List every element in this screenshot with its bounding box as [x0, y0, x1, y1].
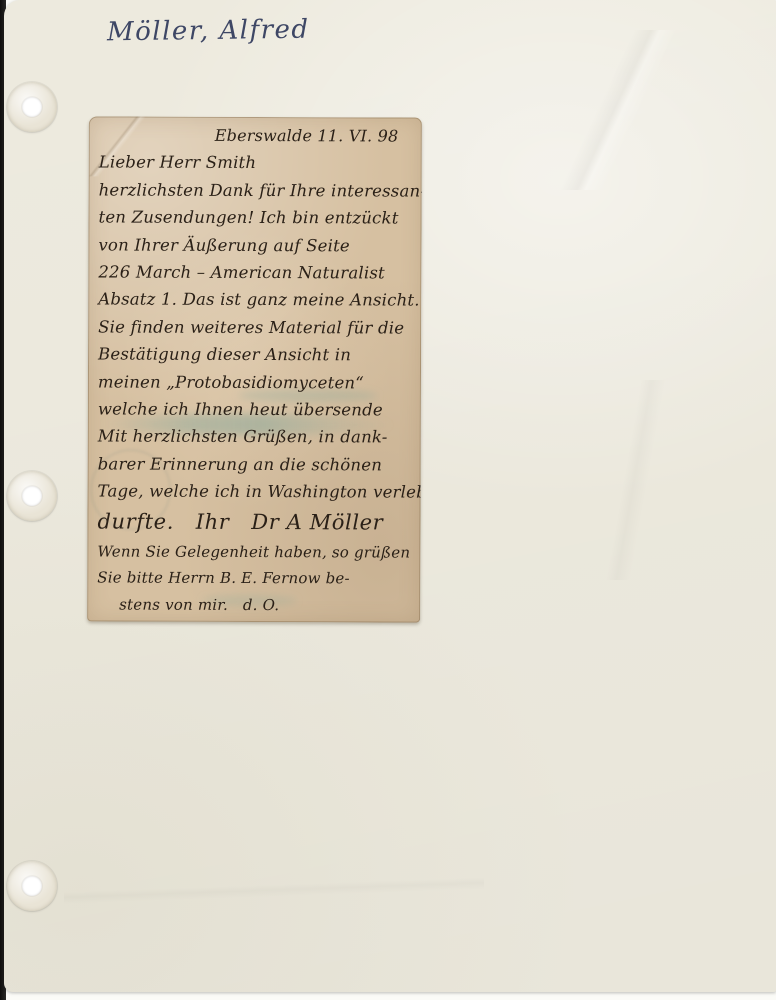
postcard-line-body: Tage, welche ich in Washington verleben — [98, 478, 417, 507]
postcard-line-body: Sie finden weiteres Material für die — [98, 313, 417, 342]
postcard-line-body: Absatz 1. Das ist ganz meine Ansicht. — [98, 286, 417, 315]
postcard-line-postscript: Sie bitte Herrn B. E. Fernow be- — [97, 565, 416, 593]
scanned-album-page: Möller, Alfred Eberswalde 11. VI. 98Lieb… — [0, 0, 776, 1000]
postcard-line-body: 226 March – American Naturalist — [98, 258, 417, 287]
punched-hole-reinforcement — [7, 471, 57, 521]
postcard-line-body: welche ich Ihnen heut übersende — [98, 396, 417, 425]
postcard-line-body: Bestätigung dieser Ansicht in — [98, 341, 417, 370]
postcard-line-date: Eberswalde 11. VI. 98 — [99, 121, 418, 150]
postcard-line-body: herzlichsten Dank für Ihre interessan- — [99, 176, 418, 205]
postcard-line-body: Mit herzlichsten Grüßen, in dank- — [98, 423, 417, 452]
postcard-line-signature: durfte. Ihr Dr A Möller — [97, 505, 416, 539]
handwritten-text-block: Eberswalde 11. VI. 98Lieber Herr Smithhe… — [97, 121, 418, 618]
punched-hole-reinforcement — [7, 861, 57, 911]
postcard-line-postscript_indent: stens von mir. d. O. — [97, 591, 416, 619]
postcard-line-body: barer Erinnerung an die schönen — [98, 450, 417, 479]
archive-name-label: Möller, Alfred — [107, 15, 310, 48]
postcard-line-body: ten Zusendungen! Ich bin entzückt — [98, 204, 417, 233]
postcard-line-postscript: Wenn Sie Gelegenheit haben, so grüßen — [97, 538, 416, 566]
punched-hole-reinforcement — [7, 82, 57, 132]
postcard: Eberswalde 11. VI. 98Lieber Herr Smithhe… — [87, 116, 422, 622]
paper-crease — [434, 30, 776, 190]
postcard-line-salutation: Lieber Herr Smith — [99, 149, 418, 178]
paper-crease — [64, 830, 484, 950]
postcard-line-body: von Ihrer Äußerung auf Seite — [98, 231, 417, 260]
postcard-line-body: meinen „Protobasidiomyceten“ — [98, 368, 417, 397]
album-sheet: Möller, Alfred Eberswalde 11. VI. 98Lieb… — [4, 0, 776, 992]
paper-crease — [474, 380, 776, 580]
